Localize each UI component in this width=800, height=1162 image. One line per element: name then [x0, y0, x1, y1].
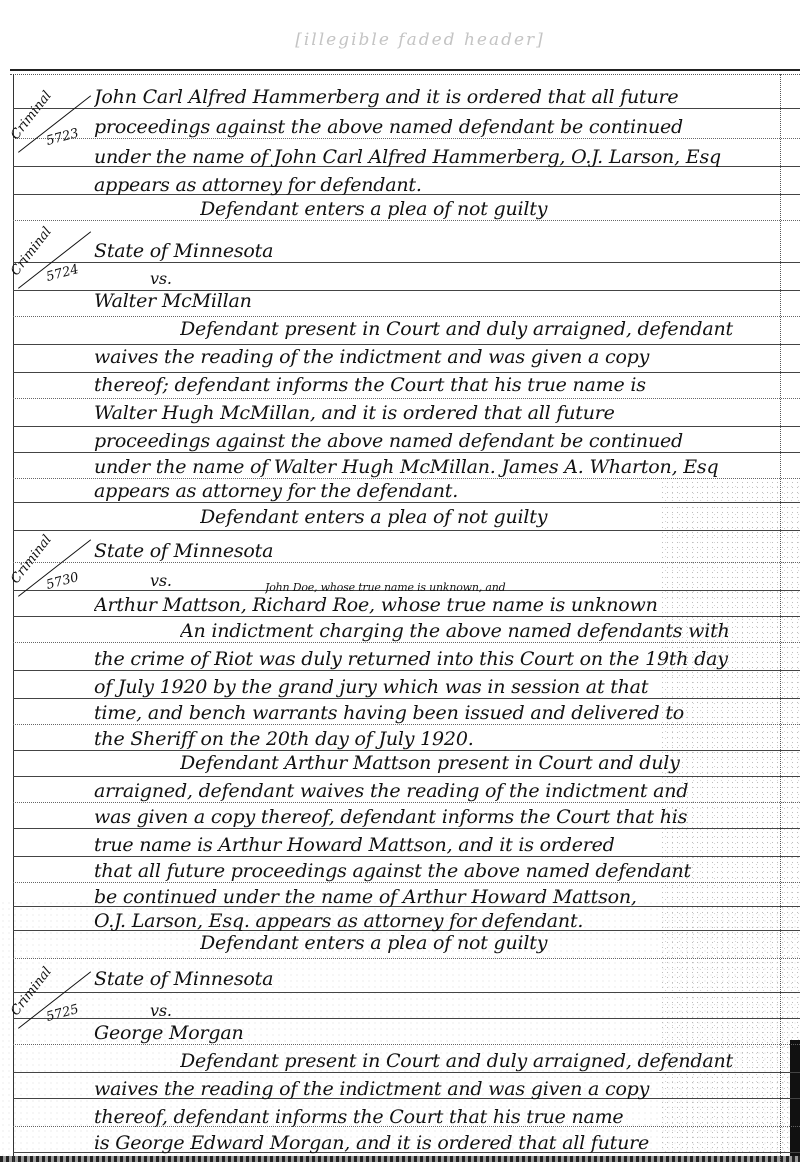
margin-note-5723: Criminal 5723: [16, 96, 88, 154]
entry-line: time, and bench warrants having been iss…: [94, 702, 784, 724]
entry-line: true name is Arthur Howard Mattson, and …: [94, 834, 784, 856]
ruled-line: [13, 882, 800, 883]
ruled-line: [13, 562, 800, 563]
right-rule: [780, 74, 781, 1162]
entry-line: proceedings against the above named defe…: [94, 116, 784, 138]
entry-line: O.J. Larson, Esq. appears as attorney fo…: [94, 910, 784, 932]
ruled-line: [13, 724, 800, 725]
caption-vs: vs.: [150, 1000, 800, 1022]
plea-line: Defendant enters a plea of not guilty: [200, 932, 720, 954]
top-rule-dotted: [10, 74, 800, 75]
defendant-name: Walter McMillan: [94, 290, 784, 312]
defendant-name: George Morgan: [94, 1022, 784, 1044]
caption-state: State of Minnesota: [94, 540, 784, 562]
entry-line: proceedings against the above named defe…: [94, 430, 784, 452]
entry-line: waives the reading of the indictment and…: [94, 346, 784, 368]
ruled-line: [13, 992, 800, 993]
ruled-line: [13, 502, 800, 503]
case-number: 5725: [45, 1002, 81, 1025]
entry-line: appears as attorney for the defendant.: [94, 480, 784, 502]
ruled-line: [13, 828, 800, 829]
caption-state: State of Minnesota: [94, 968, 784, 990]
entry-line: thereof; defendant informs the Court tha…: [94, 374, 784, 396]
page-edge-bottom: [0, 1156, 800, 1162]
case-number: 5724: [45, 262, 81, 285]
entry-line: John Carl Alfred Hammerberg and it is or…: [94, 86, 784, 108]
page-edge: [790, 1040, 800, 1162]
entry-line: Defendant present in Court and duly arra…: [180, 1050, 780, 1072]
ruled-line: [13, 616, 800, 617]
ruled-line: [13, 108, 800, 109]
entry-line: Walter Hugh McMillan, and it is ordered …: [94, 402, 784, 424]
ruled-line: [13, 372, 800, 373]
ruled-line: [13, 642, 800, 643]
case-number: 5723: [45, 126, 81, 149]
ruled-line: [13, 776, 800, 777]
plea-line: Defendant enters a plea of not guilty: [200, 198, 720, 220]
ruled-line: [13, 530, 800, 531]
ruled-line: [13, 262, 800, 263]
entry-line: be continued under the name of Arthur Ho…: [94, 886, 784, 908]
margin-note-5725: Criminal 5725: [16, 972, 88, 1030]
entry-line: under the name of Walter Hugh McMillan. …: [94, 456, 784, 478]
caption-vs: vs.: [150, 268, 800, 290]
ruled-line: [13, 1044, 800, 1045]
ledger-page: [illegible faded header] Criminal 5723 J…: [0, 0, 800, 1162]
entry-line: is George Edward Morgan, and it is order…: [94, 1132, 784, 1154]
entry-line: appears as attorney for defendant.: [94, 174, 784, 196]
entry-line: waives the reading of the indictment and…: [94, 1078, 784, 1100]
ruled-line: [13, 398, 800, 399]
ruled-line: [13, 750, 800, 751]
entry-line: arraigned, defendant waives the reading …: [94, 780, 784, 802]
ruled-line: [13, 452, 800, 453]
entry-line: the crime of Riot was duly returned into…: [94, 648, 784, 670]
entry-line: Defendant Arthur Mattson present in Cour…: [180, 752, 780, 774]
entry-line: was given a copy thereof, defendant info…: [94, 806, 784, 828]
caption-state: State of Minnesota: [94, 240, 784, 262]
entry-line: the Sheriff on the 20th day of July 1920…: [94, 728, 784, 750]
ruled-line: [13, 426, 800, 427]
ruled-line: [13, 698, 800, 699]
ruled-line: [13, 316, 800, 317]
entry-line: An indictment charging the above named d…: [180, 620, 780, 642]
ruled-line: [13, 1072, 800, 1073]
ruled-line: [13, 478, 800, 479]
entry-line: Defendant present in Court and duly arra…: [180, 318, 780, 340]
plea-line: Defendant enters a plea of not guilty: [200, 506, 720, 528]
entry-line: of July 1920 by the grand jury which was…: [94, 676, 784, 698]
entry-line: thereof, defendant informs the Court tha…: [94, 1106, 784, 1128]
ruled-line: [13, 802, 800, 803]
defendant-name: Arthur Mattson, Richard Roe, whose true …: [94, 594, 784, 616]
faded-header: [illegible faded header]: [270, 30, 570, 50]
ruled-line: [13, 670, 800, 671]
case-number: 5730: [45, 570, 81, 593]
entry-line: under the name of John Carl Alfred Hamme…: [94, 146, 784, 168]
interlineation: John Doe, whose true name is unknown, an…: [265, 582, 625, 594]
ruled-line: [13, 958, 800, 959]
ruled-line: [13, 220, 800, 221]
ruled-line: [13, 138, 800, 139]
ruled-line: [13, 856, 800, 857]
top-rule: [10, 69, 800, 71]
entry-line: that all future proceedings against the …: [94, 860, 784, 882]
margin-note-5730: Criminal 5730: [16, 540, 88, 598]
margin-note-5724: Criminal 5724: [16, 232, 88, 290]
margin-rule: [13, 74, 14, 1162]
ruled-line: [13, 344, 800, 345]
